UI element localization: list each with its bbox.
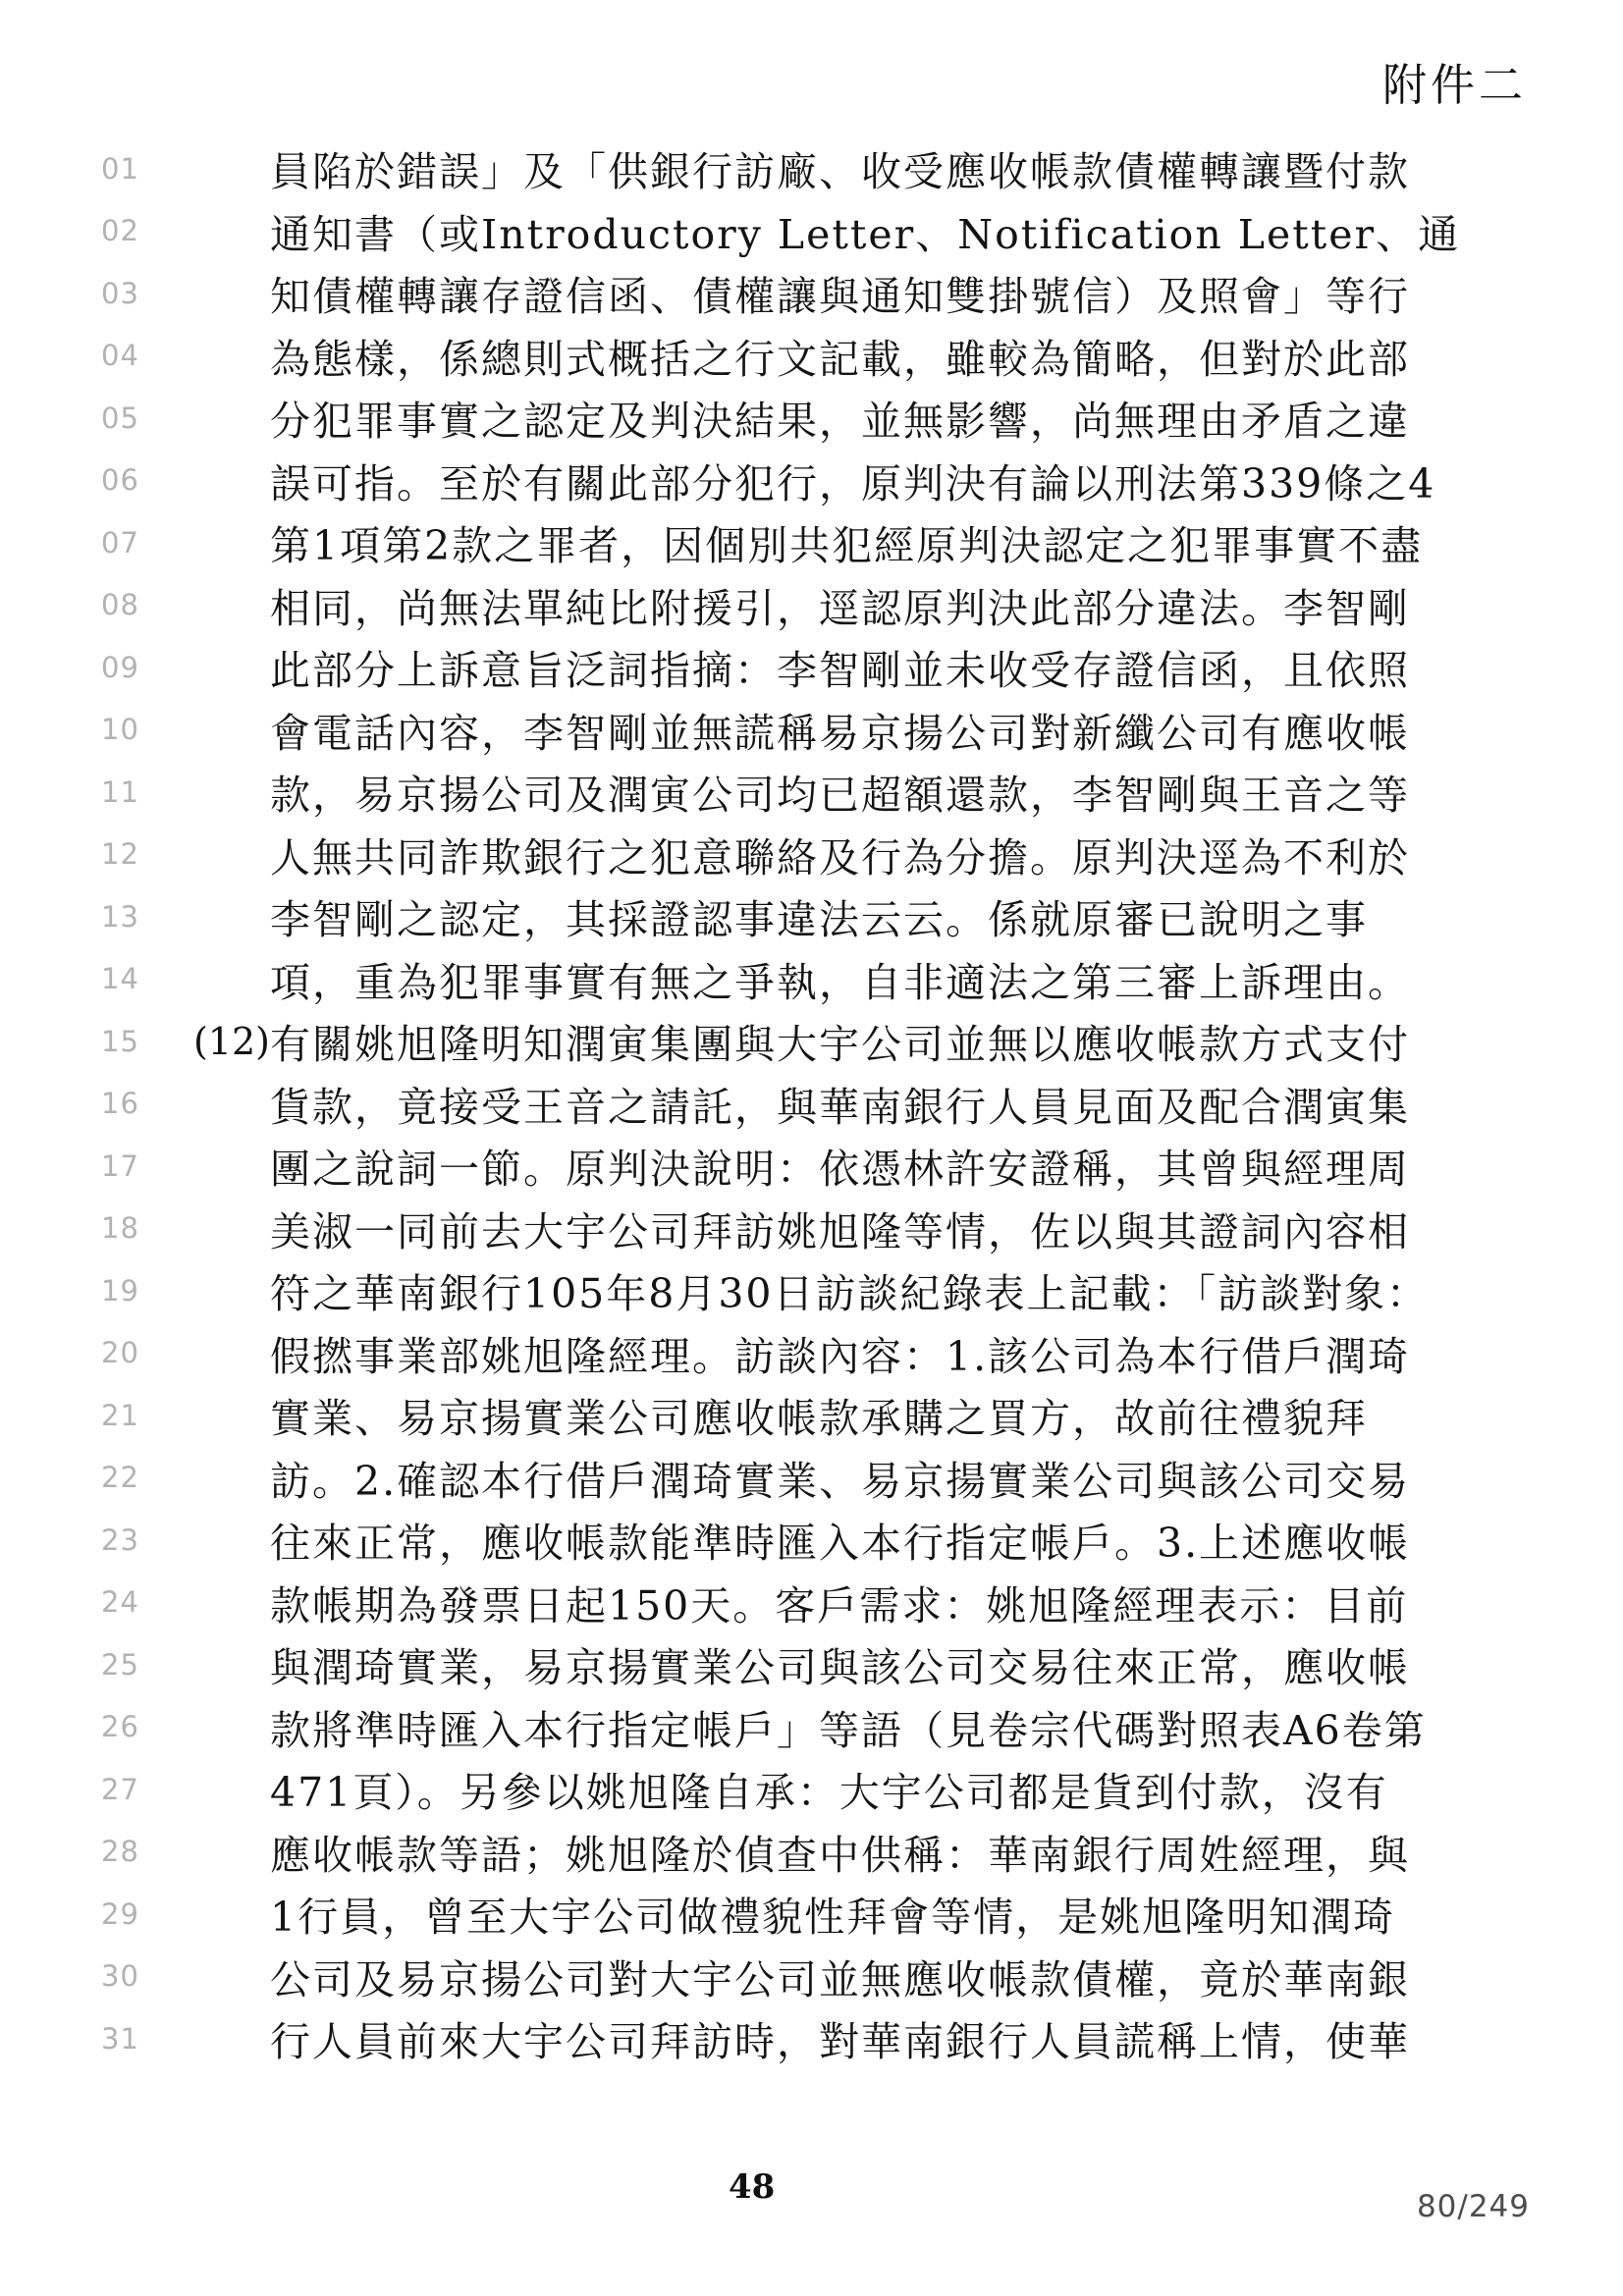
line-text: 假撚事業部姚旭隆經理。訪談內容：1.該公司為本行借戶潤琦 (270, 1324, 1410, 1382)
text-line: 15 (12) 有關姚旭隆明知潤寅集團與大宇公司並無以應收帳款方式支付 (0, 1010, 1623, 1073)
line-text: 為態樣，係總則式概括之行文記載，雖較為簡略，但對於此部 (270, 327, 1410, 385)
attachment-label: 附件二 (1382, 49, 1527, 113)
line-text: 李智剛之認定，其採證認事違法云云。係就原審已說明之事 (270, 887, 1368, 945)
line-text: 實業、易京揚實業公司應收帳款承購之買方，故前往禮貌拜 (270, 1386, 1368, 1444)
line-number: 17 (101, 1149, 160, 1183)
line-text: 款帳期為發票日起150天。客戶需求：姚旭隆經理表示：目前 (270, 1574, 1408, 1631)
line-number: 13 (101, 900, 160, 934)
text-line: 12 人無共同詐欺銀行之犯意聯絡及行為分擔。原判決逕為不利於 (0, 824, 1623, 886)
line-text: 項，重為犯罪事實有無之爭執，自非適法之第三審上訴理由。 (270, 950, 1410, 1008)
text-line: 17 團之說詞一節。原判決說明：依憑林許安證稱，其曾與經理周 (0, 1135, 1623, 1198)
line-number: 04 (101, 339, 160, 372)
line-number: 08 (101, 588, 160, 621)
text-line: 02 通知書（或Introductory Letter、Notification… (0, 200, 1623, 263)
text-line: 29 1行員，曾至大宇公司做禮貌性拜會等情，是姚旭隆明知潤琦 (0, 1883, 1623, 1946)
line-number: 21 (101, 1399, 160, 1432)
line-text: 相同，尚無法單純比附援引，逕認原判決此部分違法。李智剛 (270, 576, 1410, 634)
line-number: 27 (101, 1773, 160, 1806)
text-line: 19 符之華南銀行105年8月30日訪談紀錄表上記載：「訪談對象： (0, 1259, 1623, 1322)
text-line: 07 第1項第2款之罪者，因個別共犯經原判決認定之犯罪事實不盡 (0, 511, 1623, 574)
line-number: 11 (101, 775, 160, 809)
text-line: 04 為態樣，係總則式概括之行文記載，雖較為簡略，但對於此部 (0, 325, 1623, 388)
line-text: 與潤琦實業，易京揚實業公司與該公司交易往來正常，應收帳 (270, 1635, 1410, 1693)
line-number: 29 (101, 1897, 160, 1931)
line-number: 18 (101, 1211, 160, 1245)
line-text: 1行員，曾至大宇公司做禮貌性拜會等情，是姚旭隆明知潤琦 (270, 1885, 1395, 1943)
line-number: 31 (101, 2022, 160, 2056)
line-number: 20 (101, 1336, 160, 1369)
text-line: 21 實業、易京揚實業公司應收帳款承購之買方，故前往禮貌拜 (0, 1384, 1623, 1447)
line-text: 會電話內容，李智剛並無謊稱易京揚公司對新纖公司有應收帳 (270, 701, 1410, 759)
line-text: 應收帳款等語；姚旭隆於偵查中供稱：華南銀行周姓經理，與 (270, 1823, 1410, 1881)
line-number: 23 (101, 1523, 160, 1557)
text-line: 26 款將準時匯入本行指定帳戶」等語（見卷宗代碼對照表A6卷第 (0, 1696, 1623, 1759)
text-line: 06 誤可指。至於有關此部分犯行，原判決有論以刑法第339條之4 (0, 450, 1623, 512)
line-text: 訪。2.確認本行借戶潤琦實業、易京揚實業公司與該公司交易 (270, 1449, 1410, 1507)
line-number: 10 (101, 713, 160, 746)
line-text: 款，易京揚公司及潤寅公司均已超額還款，李智剛與王音之等 (270, 763, 1410, 821)
text-line: 18 美淑一同前去大宇公司拜訪姚旭隆等情，佐以與其證詞內容相 (0, 1198, 1623, 1260)
line-text: 人無共同詐欺銀行之犯意聯絡及行為分擔。原判決逕為不利於 (270, 826, 1410, 883)
line-text: 貨款，竟接受王音之請託，與華南銀行人員見面及配合潤寅集 (270, 1075, 1410, 1133)
line-text: 知債權轉讓存證信函、債權讓與通知雙掛號信）及照會」等行 (270, 264, 1410, 322)
line-number: 30 (101, 1959, 160, 1993)
line-text: 第1項第2款之罪者，因個別共犯經原判決認定之犯罪事實不盡 (270, 513, 1423, 571)
text-line: 10 會電話內容，李智剛並無謊稱易京揚公司對新纖公司有應收帳 (0, 699, 1623, 762)
line-text: 通知書（或Introductory Letter、Notification Le… (270, 202, 1460, 260)
line-text: 款將準時匯入本行指定帳戶」等語（見卷宗代碼對照表A6卷第 (270, 1698, 1427, 1756)
text-line: 23 往來正常，應收帳款能準時匯入本行指定帳戶。3.上述應收帳 (0, 1509, 1623, 1572)
text-line: 09 此部分上訴意旨泛詞指摘：李智剛並未收受存證信函，且依照 (0, 636, 1623, 699)
line-text: 誤可指。至於有關此部分犯行，原判決有論以刑法第339條之4 (270, 452, 1435, 509)
line-number: 05 (101, 401, 160, 435)
line-text: 公司及易京揚公司對大宇公司並無應收帳款債權，竟於華南銀 (270, 1948, 1410, 2005)
text-block: 01 員陷於錯誤」及「供銀行訪廠、收受應收帳款債權轉讓暨付款 02 通知書（或I… (0, 137, 1623, 2070)
line-text: 此部分上訴意旨泛詞指摘：李智剛並未收受存證信函，且依照 (270, 638, 1410, 696)
text-line: 24 款帳期為發票日起150天。客戶需求：姚旭隆經理表示：目前 (0, 1572, 1623, 1634)
text-line: 05 分犯罪事實之認定及判決結果，並無影響，尚無理由矛盾之違 (0, 387, 1623, 450)
text-line: 30 公司及易京揚公司對大宇公司並無應收帳款債權，竟於華南銀 (0, 1946, 1623, 2008)
line-number: 01 (101, 152, 160, 186)
text-line: 25 與潤琦實業，易京揚實業公司與該公司交易往來正常，應收帳 (0, 1633, 1623, 1696)
line-number: 16 (101, 1087, 160, 1120)
text-line: 16 貨款，竟接受王音之請託，與華南銀行人員見面及配合潤寅集 (0, 1073, 1623, 1136)
text-line: 03 知債權轉讓存證信函、債權讓與通知雙掛號信）及照會」等行 (0, 262, 1623, 325)
text-line: 11 款，易京揚公司及潤寅公司均已超額還款，李智剛與王音之等 (0, 761, 1623, 824)
page-progress-indicator: 80/249 (1417, 2189, 1530, 2224)
text-line: 08 相同，尚無法單純比附援引，逕認原判決此部分違法。李智剛 (0, 574, 1623, 637)
line-number: 02 (101, 214, 160, 247)
text-line: 14 項，重為犯罪事實有無之爭執，自非適法之第三審上訴理由。 (0, 948, 1623, 1011)
text-line: 13 李智剛之認定，其採證認事違法云云。係就原審已說明之事 (0, 885, 1623, 948)
line-number: 15 (101, 1025, 160, 1058)
list-item-marker: (12) (160, 1020, 270, 1063)
text-line: 22 訪。2.確認本行借戶潤琦實業、易京揚實業公司與該公司交易 (0, 1447, 1623, 1510)
text-line: 27 471頁）。另參以姚旭隆自承：大宇公司都是貨到付款，沒有 (0, 1758, 1623, 1821)
line-number: 14 (101, 962, 160, 995)
line-number: 24 (101, 1585, 160, 1619)
line-number: 09 (101, 651, 160, 684)
line-number: 28 (101, 1835, 160, 1868)
line-number: 19 (101, 1274, 160, 1308)
line-text: 往來正常，應收帳款能準時匯入本行指定帳戶。3.上述應收帳 (270, 1511, 1410, 1569)
line-text: 員陷於錯誤」及「供銀行訪廠、收受應收帳款債權轉讓暨付款 (270, 139, 1410, 197)
text-line: 20 假撚事業部姚旭隆經理。訪談內容：1.該公司為本行借戶潤琦 (0, 1322, 1623, 1385)
text-line: 31 行人員前來大宇公司拜訪時，對華南銀行人員謊稱上情，使華 (0, 2007, 1623, 2070)
text-line: 28 應收帳款等語；姚旭隆於偵查中供稱：華南銀行周姓經理，與 (0, 1821, 1623, 1884)
line-text: 471頁）。另參以姚旭隆自承：大宇公司都是貨到付款，沒有 (270, 1760, 1388, 1818)
text-line: 01 員陷於錯誤」及「供銀行訪廠、收受應收帳款債權轉讓暨付款 (0, 137, 1623, 200)
line-number: 26 (101, 1710, 160, 1743)
line-text: 分犯罪事實之認定及判決結果，並無影響，尚無理由矛盾之違 (270, 389, 1410, 447)
line-number: 12 (101, 837, 160, 871)
line-number: 22 (101, 1461, 160, 1494)
line-number: 03 (101, 277, 160, 310)
line-number: 07 (101, 526, 160, 560)
line-number: 06 (101, 463, 160, 497)
line-text: 有關姚旭隆明知潤寅集團與大宇公司並無以應收帳款方式支付 (270, 1012, 1410, 1070)
page-number: 48 (729, 2167, 775, 2207)
line-text: 團之說詞一節。原判決說明：依憑林許安證稱，其曾與經理周 (270, 1137, 1410, 1195)
line-text: 符之華南銀行105年8月30日訪談紀錄表上記載：「訪談對象： (270, 1261, 1429, 1319)
line-text: 美淑一同前去大宇公司拜訪姚旭隆等情，佐以與其證詞內容相 (270, 1200, 1410, 1257)
line-text: 行人員前來大宇公司拜訪時，對華南銀行人員謊稱上情，使華 (270, 2009, 1410, 2067)
document-page: 附件二 01 員陷於錯誤」及「供銀行訪廠、收受應收帳款債權轉讓暨付款 02 通知… (0, 0, 1623, 2296)
line-number: 25 (101, 1648, 160, 1682)
